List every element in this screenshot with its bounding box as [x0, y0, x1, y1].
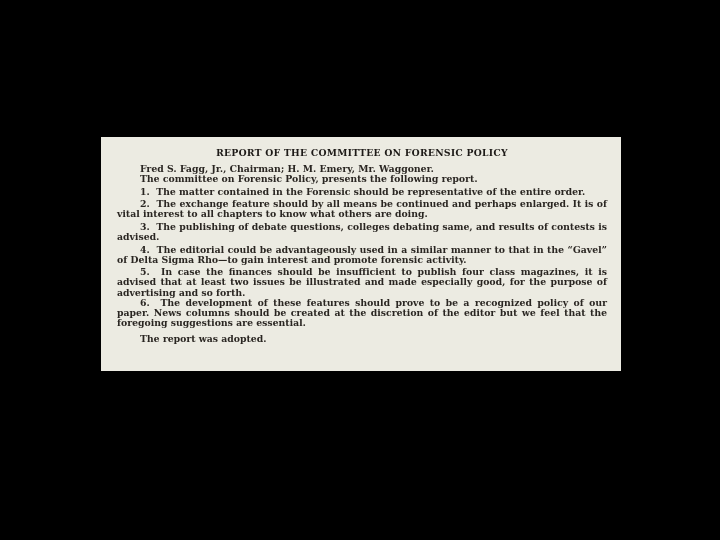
report-title: REPORT OF THE COMMITTEE ON FORENSIC POLI… — [117, 148, 607, 159]
closing-statement: The report was adopted. — [117, 335, 607, 345]
report-item-3: 3. The publishing of debate questions, c… — [117, 223, 607, 243]
report-item-4: 4. The editorial could be advantageously… — [117, 246, 607, 266]
item-text: The publishing of debate questions, coll… — [117, 222, 607, 243]
item-text: In case the finances should be insuffici… — [117, 267, 607, 298]
document-clipping: REPORT OF THE COMMITTEE ON FORENSIC POLI… — [101, 137, 621, 371]
report-item-5: 5. In case the finances should be insuff… — [117, 268, 607, 298]
report-item-6: 6. The development of these features sho… — [117, 299, 607, 329]
report-item-2: 2. The exchange feature should by all me… — [117, 200, 607, 220]
item-text: The matter contained in the Forensic sho… — [156, 187, 585, 198]
item-text: The editorial could be advantageously us… — [117, 245, 607, 266]
item-text: The exchange feature should by all means… — [117, 199, 607, 220]
intro-paragraph: The committee on Forensic Policy, presen… — [117, 175, 607, 185]
slide-background: REPORT OF THE COMMITTEE ON FORENSIC POLI… — [0, 0, 720, 540]
report-item-1: 1. The matter contained in the Forensic … — [117, 188, 607, 198]
item-text: The development of these features should… — [117, 298, 607, 329]
item-number: 1. — [140, 187, 150, 198]
